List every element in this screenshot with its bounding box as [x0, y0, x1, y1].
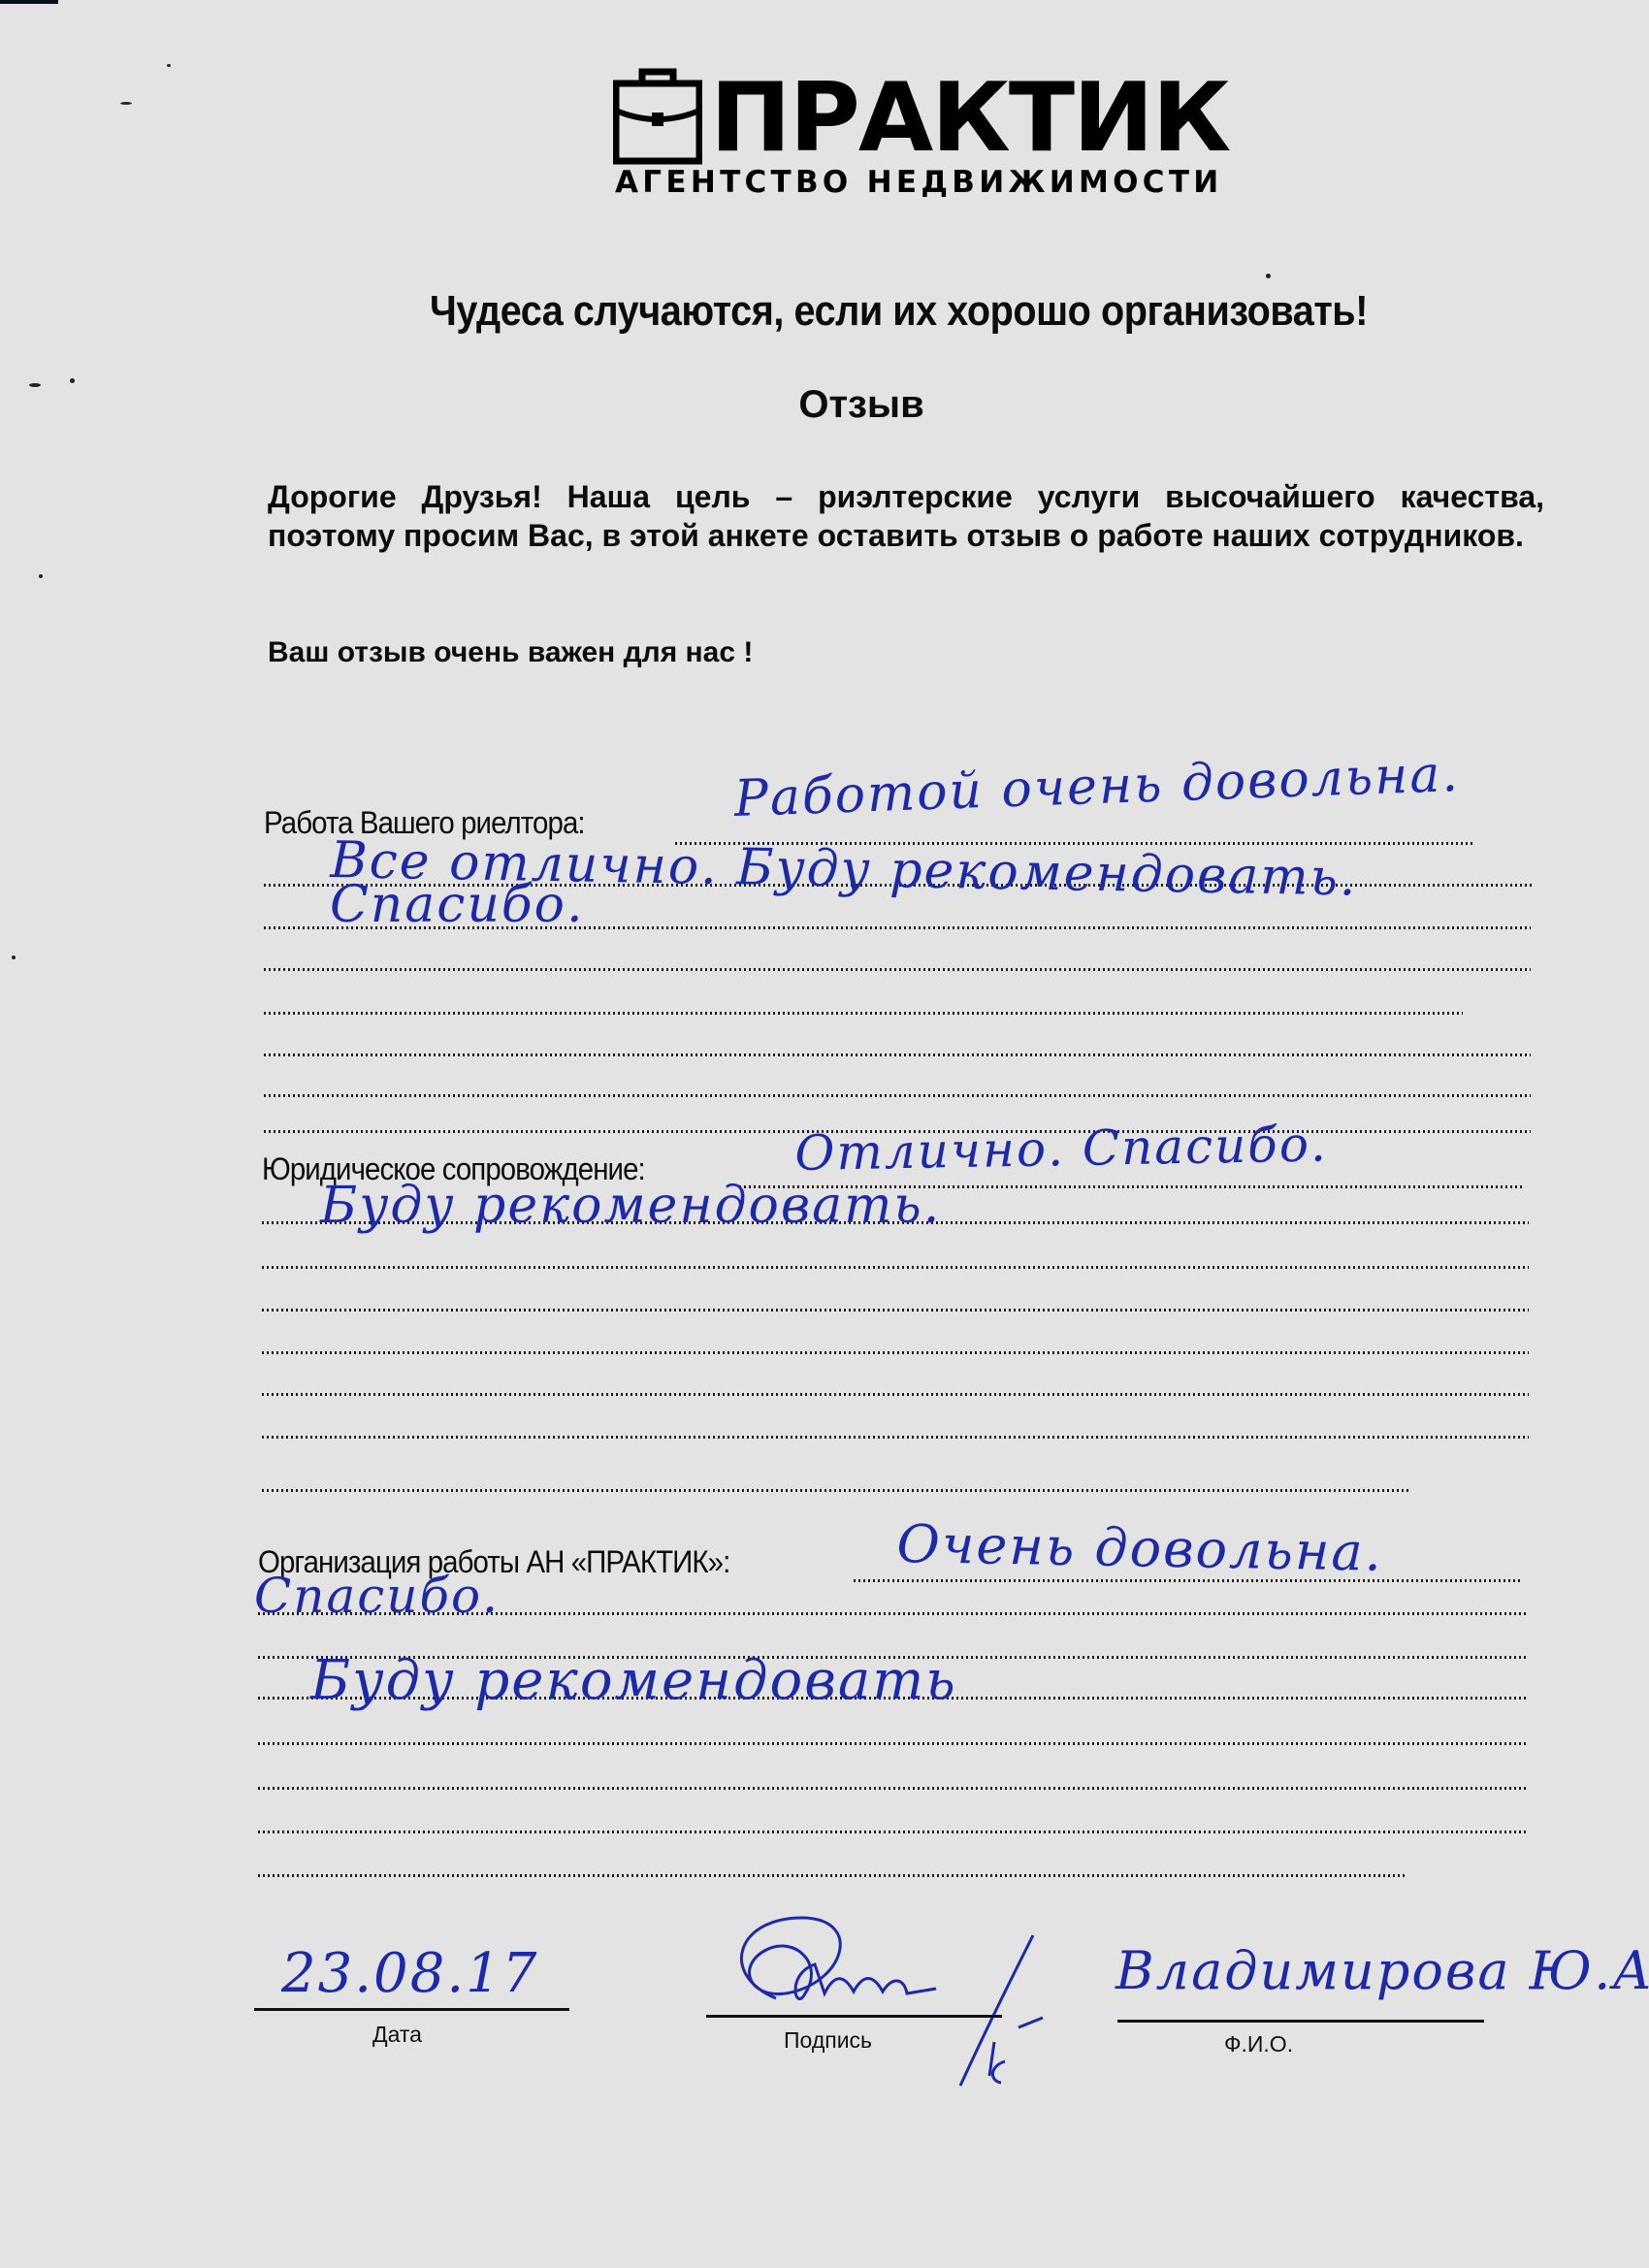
dotted-line	[258, 1742, 1529, 1745]
scan-speck	[1266, 274, 1271, 278]
dotted-line	[258, 1874, 1406, 1877]
page-title: Отзыв	[0, 383, 1649, 427]
scan-speck	[120, 102, 132, 105]
slogan: Чудеса случаются, если их хорошо организ…	[82, 287, 1567, 336]
dotted-line	[264, 968, 1531, 971]
dotted-line	[262, 1351, 1529, 1354]
dotted-line	[264, 1094, 1531, 1097]
dotted-line	[262, 1393, 1529, 1396]
name-label: Ф.И.О.	[1224, 2031, 1293, 2057]
dotted-line	[262, 1266, 1529, 1269]
signature-label: Подпись	[784, 2027, 872, 2054]
scan-artifact	[0, 0, 58, 4]
name-value: Владимирова Ю.А.	[1115, 1940, 1649, 2001]
scan-speck	[12, 956, 16, 959]
dotted-line	[262, 1309, 1529, 1312]
handwritten-answer: Отлично. Спасибо.	[794, 1116, 1328, 1182]
dotted-line	[262, 1489, 1410, 1492]
signature-line	[706, 2015, 1002, 2018]
handwritten-answer: Очень довольна.	[896, 1513, 1383, 1583]
dotted-line	[854, 1579, 1523, 1582]
dotted-line	[264, 1012, 1463, 1015]
logo-wordmark: ПРАКТИК	[710, 74, 1229, 163]
dotted-line	[264, 1053, 1531, 1056]
dotted-line	[258, 1787, 1529, 1790]
signature-scribble	[698, 1906, 1086, 2090]
date-label: Дата	[372, 2022, 422, 2048]
date-value: 23.08.17	[281, 1942, 538, 2005]
handwritten-answer: Буду рекомендовать.	[320, 1177, 941, 1235]
scan-speck	[39, 574, 43, 578]
date-line	[254, 2008, 569, 2011]
handwritten-answer: Спасибо.	[330, 876, 584, 934]
briefcase-icon	[613, 68, 702, 165]
handwritten-answer: Спасибо.	[254, 1568, 500, 1624]
dotted-line	[258, 1831, 1529, 1833]
handwritten-answer: Работой очень довольна.	[733, 745, 1461, 828]
name-line	[1117, 2020, 1484, 2023]
emphasis-text: Ваш отзыв очень важен для нас !	[268, 636, 753, 669]
dotted-line	[262, 1436, 1529, 1439]
scan-speck	[167, 64, 171, 67]
logo-subtitle: АГЕНТСТВО НЕДВИЖИМОСТИ	[615, 165, 1223, 200]
company-logo: ПРАКТИК АГЕНТСТВО НЕДВИЖИМОСТИ	[613, 68, 1214, 204]
intro-paragraph: Дорогие Друзья! Наша цель – риэлтерские …	[268, 477, 1544, 555]
handwritten-answer: Буду рекомендовать	[310, 1649, 957, 1712]
